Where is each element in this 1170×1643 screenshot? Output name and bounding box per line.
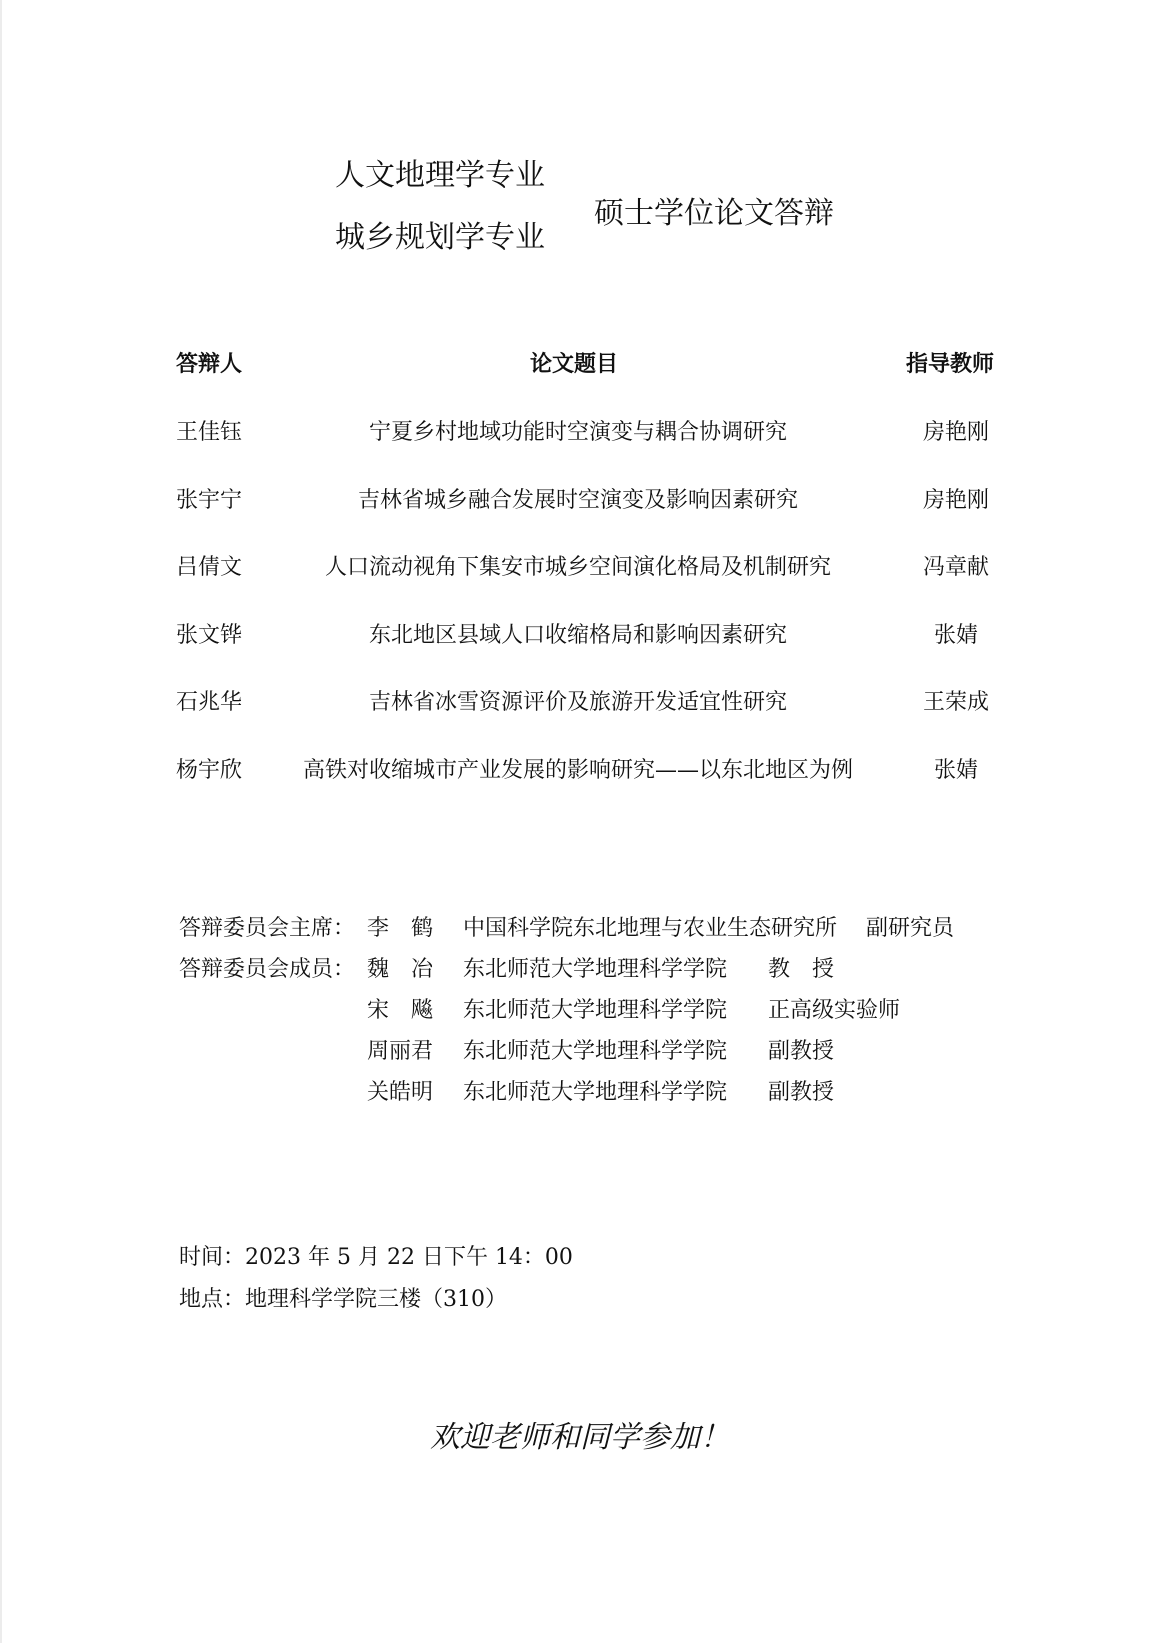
committee-member-org: 东北师范大学地理科学学院 <box>463 1034 727 1065</box>
thesis-title: 高铁对收缩城市产业发展的影响研究——以东北地区为例 <box>272 753 884 784</box>
thesis-title: 人口流动视角下集安市城乡空间演化格局及机制研究 <box>272 550 884 581</box>
student-name: 王佳钰 <box>176 415 242 446</box>
column-header-thesis: 论文题目 <box>530 347 618 378</box>
committee-member-line: 宋 飚 东北师范大学地理科学学院 正高级实验师 <box>2 993 1170 1023</box>
student-name: 吕倩文 <box>176 550 242 581</box>
table-row: 石兆华 吉林省冰雪资源评价及旅游开发适宜性研究 王荣成 <box>2 685 1170 721</box>
advisor-name: 冯章献 <box>906 550 1006 581</box>
committee-member-rank: 副教授 <box>768 1075 834 1106</box>
student-name: 张宇宁 <box>176 483 242 514</box>
committee-member-line: 答辩委员会成员： 魏 冶 东北师范大学地理科学学院 教 授 <box>2 952 1170 982</box>
committee-member-name: 周丽君 <box>367 1034 433 1065</box>
defense-location: 地点：地理科学学院三楼（310） <box>179 1282 507 1313</box>
table-row: 吕倩文 人口流动视角下集安市城乡空间演化格局及机制研究 冯章献 <box>2 550 1170 586</box>
committee-member-name: 魏 冶 <box>367 952 433 983</box>
committee-member-rank: 副教授 <box>768 1034 834 1065</box>
committee-member-name: 李 鹤 <box>367 911 433 942</box>
committee-members-label: 答辩委员会成员： <box>179 952 355 983</box>
advisor-name: 房艳刚 <box>906 415 1006 446</box>
thesis-title: 吉林省冰雪资源评价及旅游开发适宜性研究 <box>272 685 884 716</box>
committee-member-rank: 副研究员 <box>866 911 954 942</box>
column-header-student: 答辩人 <box>176 347 242 378</box>
committee-member-rank: 正高级实验师 <box>768 993 900 1024</box>
page-title: 硕士学位论文答辩 <box>594 188 834 232</box>
table-row: 张文铧 东北地区县域人口收缩格局和影响因素研究 张婧 <box>2 618 1170 654</box>
committee-chair-line: 答辩委员会主席： 李 鹤 中国科学院东北地理与农业生态研究所 副研究员 <box>2 911 1170 941</box>
advisor-name: 张婧 <box>906 618 1006 649</box>
committee-member-name: 关皓明 <box>367 1075 433 1106</box>
committee-member-line: 周丽君 东北师范大学地理科学学院 副教授 <box>2 1034 1170 1064</box>
thesis-title: 吉林省城乡融合发展时空演变及影响因素研究 <box>272 483 884 514</box>
committee-member-org: 东北师范大学地理科学学院 <box>463 952 727 983</box>
committee-member-rank: 教 授 <box>768 952 834 983</box>
committee-member-org: 东北师范大学地理科学学院 <box>463 1075 727 1106</box>
student-name: 石兆华 <box>176 685 242 716</box>
committee-member-org: 中国科学院东北地理与农业生态研究所 <box>463 911 837 942</box>
table-row: 王佳钰 宁夏乡村地域功能时空演变与耦合协调研究 房艳刚 <box>2 415 1170 451</box>
advisor-name: 张婧 <box>906 753 1006 784</box>
committee-member-name: 宋 飚 <box>367 993 433 1024</box>
major-title-urban-rural-planning: 城乡规划学专业 <box>335 212 545 256</box>
thesis-title: 东北地区县域人口收缩格局和影响因素研究 <box>272 618 884 649</box>
defense-time: 时间：2023 年 5 月 22 日下午 14：00 <box>179 1240 573 1271</box>
committee-chair-label: 答辩委员会主席： <box>179 911 355 942</box>
table-row: 杨宇欣 高铁对收缩城市产业发展的影响研究——以东北地区为例 张婧 <box>2 753 1170 789</box>
committee-member-org: 东北师范大学地理科学学院 <box>463 993 727 1024</box>
advisor-name: 房艳刚 <box>906 483 1006 514</box>
student-name: 杨宇欣 <box>176 753 242 784</box>
advisor-name: 王荣成 <box>906 685 1006 716</box>
committee-member-line: 关皓明 东北师范大学地理科学学院 副教授 <box>2 1075 1170 1105</box>
student-name: 张文铧 <box>176 618 242 649</box>
column-header-advisor: 指导教师 <box>906 347 994 378</box>
welcome-message: 欢迎老师和同学参加！ <box>430 1412 730 1456</box>
table-row: 张宇宁 吉林省城乡融合发展时空演变及影响因素研究 房艳刚 <box>2 483 1170 519</box>
thesis-title: 宁夏乡村地域功能时空演变与耦合协调研究 <box>272 415 884 446</box>
major-title-human-geography: 人文地理学专业 <box>335 150 545 194</box>
